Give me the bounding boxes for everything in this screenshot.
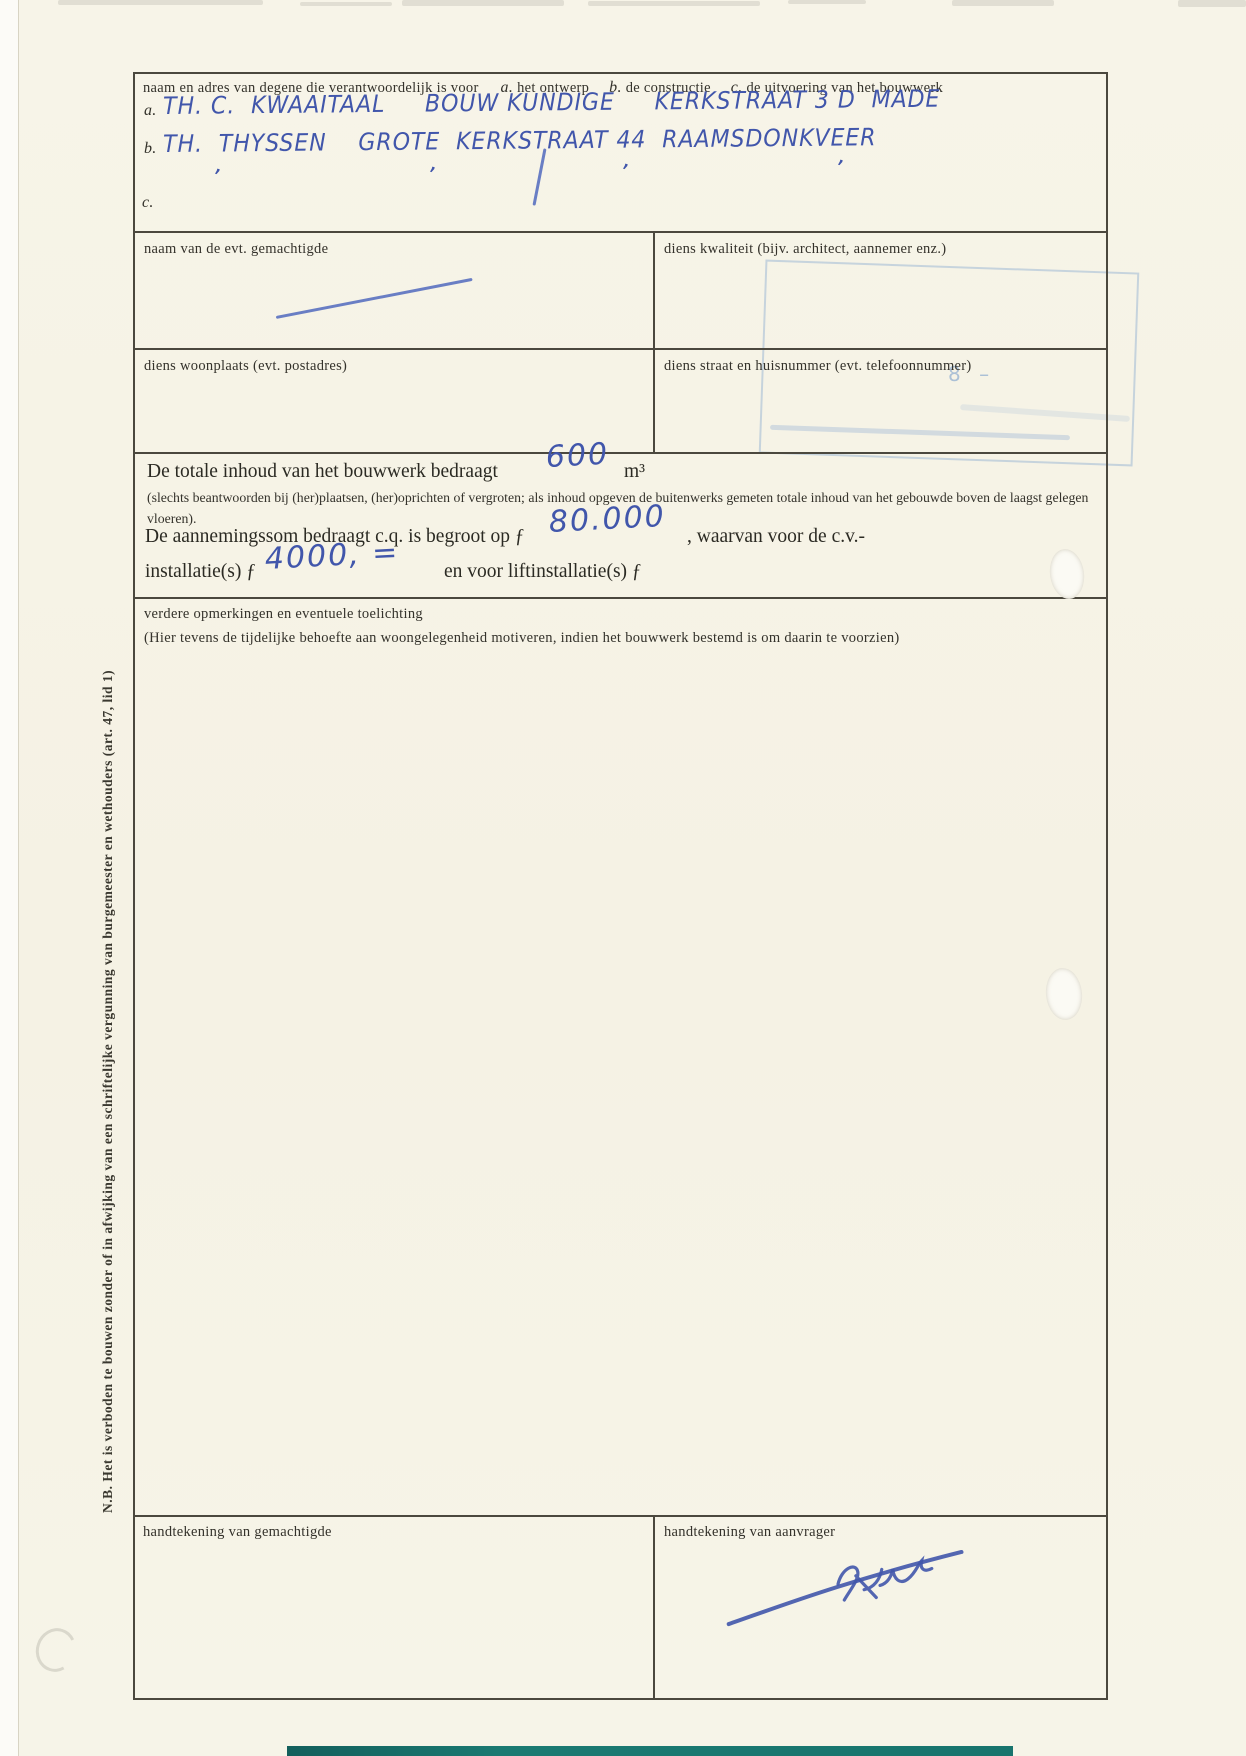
- inhoud-unit: m³: [624, 461, 645, 483]
- woonplaats-label: diens woonplaats (evt. postadres): [144, 358, 347, 375]
- section-opmerkingen: verdere opmerkingen en eventuele toelich…: [135, 597, 1106, 1515]
- installatie-pre: installatie(s) ƒ: [145, 561, 256, 583]
- scan-streak: [588, 1, 760, 6]
- handwriting-cv-sum: 4000, =: [264, 535, 400, 577]
- scan-streak: [402, 0, 564, 6]
- signature-gemachtigde-label: handtekening van gemachtigde: [143, 1524, 332, 1541]
- straat-label: diens straat en huisnummer (evt. telefoo…: [664, 358, 972, 375]
- scanned-document: 8 – naam en adres van degene die verantw…: [0, 0, 1246, 1756]
- inhoud-line: De totale inhoud van het bouwwerk bedraa…: [147, 461, 498, 483]
- scan-streak: [58, 0, 263, 5]
- section-woonplaats: diens woonplaats (evt. postadres) diens …: [135, 348, 1106, 452]
- scan-streak: [300, 2, 392, 6]
- line-c-key: c.: [142, 194, 154, 212]
- signature-scribble: [721, 1536, 973, 1630]
- kwaliteit-cell: diens kwaliteit (bijv. architect, aannem…: [653, 233, 1106, 348]
- kwaliteit-label: diens kwaliteit (bijv. architect, aannem…: [664, 241, 946, 258]
- som-line-post: , waarvan voor de c.v.-: [687, 526, 865, 548]
- handwriting-volume: 600: [545, 437, 610, 475]
- scan-streak: [952, 0, 1054, 6]
- handwriting-sum: 80.000: [548, 499, 667, 540]
- liftinstallatie-label: en voor liftinstallatie(s) ƒ: [444, 561, 642, 583]
- section-gemachtigde: naam van de evt. gemachtigde diens kwali…: [135, 231, 1106, 348]
- scan-streak: [1178, 0, 1246, 7]
- line-b-key: b.: [144, 140, 157, 158]
- straat-cell: diens straat en huisnummer (evt. telefoo…: [653, 350, 1106, 452]
- teal-document-edge: [287, 1746, 1013, 1756]
- opmerkingen-sublabel: (Hier tevens de tijdelijke behoefte aan …: [144, 630, 900, 647]
- gemachtigde-name-label: naam van de evt. gemachtigde: [144, 241, 328, 258]
- margin-legal-note: N.B. Het is verboden te bouwen zonder of…: [100, 508, 116, 1513]
- opmerkingen-label: verdere opmerkingen en eventuele toelich…: [144, 606, 423, 623]
- line-a-key: a.: [144, 102, 157, 120]
- scan-streak: [788, 0, 866, 4]
